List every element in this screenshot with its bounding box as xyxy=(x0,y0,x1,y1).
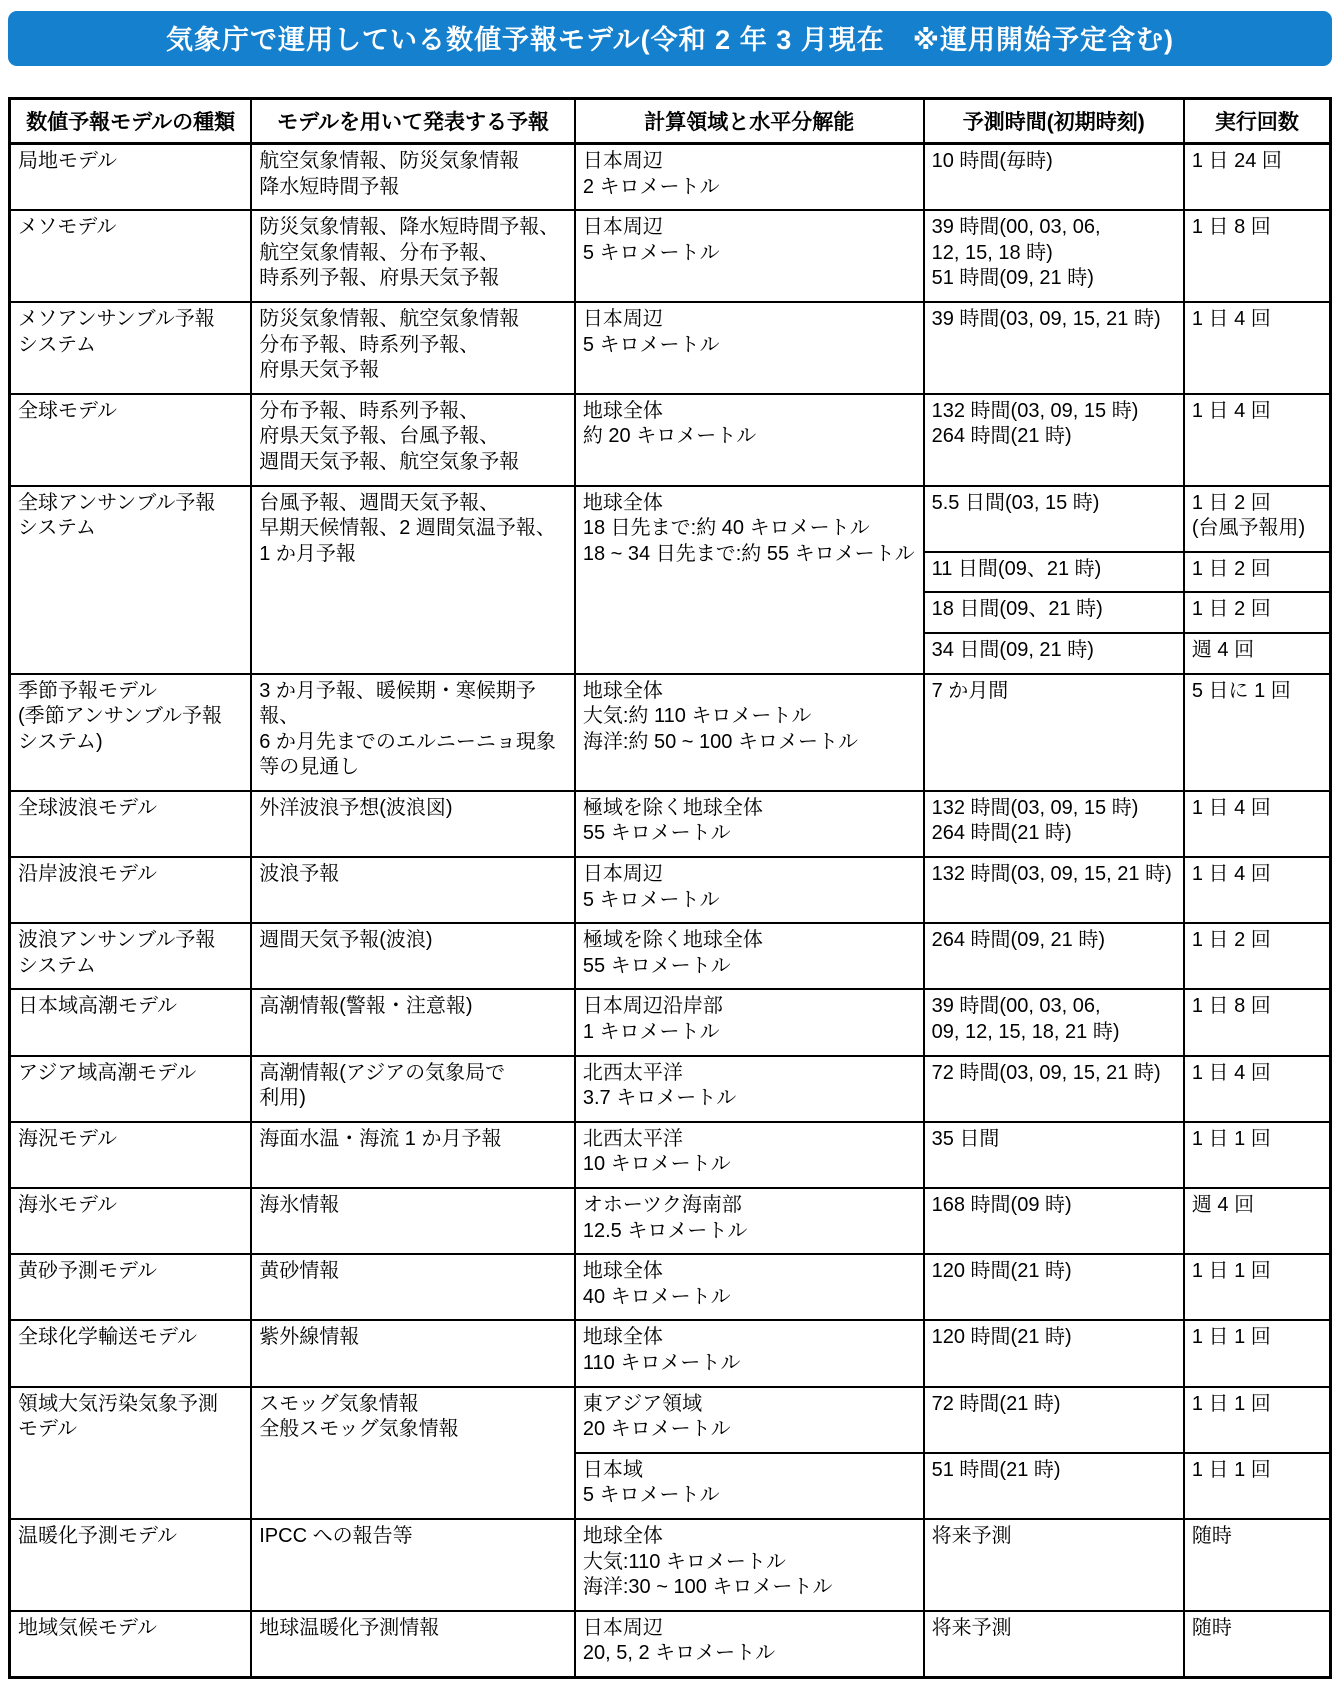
table-cell: オホーツク海南部 12.5 キロメートル xyxy=(575,1188,924,1254)
table-cell: 週間天気予報(波浪) xyxy=(251,923,575,989)
table-row: 全球アンサンブル予報 システム台風予報、週間天気予報、 早期天候情報、2 週間気… xyxy=(10,486,1331,552)
table-cell: 極域を除く地球全体 55 キロメートル xyxy=(575,923,924,989)
table-cell: 1 日 4 回 xyxy=(1184,857,1331,923)
table-cell: 将来予測 xyxy=(924,1611,1184,1678)
table-cell: 11 日間(09、21 時) xyxy=(924,552,1184,593)
table-cell: 日本周辺 5 キロメートル xyxy=(575,210,924,302)
table-row: 全球化学輸送モデル紫外線情報地球全体 110 キロメートル120 時間(21 時… xyxy=(10,1320,1331,1386)
table-cell: 紫外線情報 xyxy=(251,1320,575,1386)
table-cell: 随時 xyxy=(1184,1519,1331,1611)
table-cell: 黄砂情報 xyxy=(251,1254,575,1320)
table-cell: 海氷モデル xyxy=(10,1188,252,1254)
table-cell: 35 日間 xyxy=(924,1122,1184,1188)
table-cell: 1 日 1 回 xyxy=(1184,1320,1331,1386)
table-cell: 随時 xyxy=(1184,1611,1331,1678)
table-cell: 将来予測 xyxy=(924,1519,1184,1611)
table-cell: 日本周辺沿岸部 1 キロメートル xyxy=(575,989,924,1055)
table-cell: 日本域 5 キロメートル xyxy=(575,1453,924,1519)
table-cell: 外洋波浪予想(波浪図) xyxy=(251,791,575,857)
table-cell: スモッグ気象情報 全般スモッグ気象情報 xyxy=(251,1387,575,1519)
table-row: 地域気候モデル地球温暖化予測情報日本周辺 20, 5, 2 キロメートル将来予測… xyxy=(10,1611,1331,1678)
column-header-run-frequency: 実行回数 xyxy=(1184,99,1331,144)
table-cell: 海面水温・海流 1 か月予報 xyxy=(251,1122,575,1188)
table-cell: 北西太平洋 10 キロメートル xyxy=(575,1122,924,1188)
table-row: 全球波浪モデル外洋波浪予想(波浪図)極域を除く地球全体 55 キロメートル132… xyxy=(10,791,1331,857)
table-cell: 51 時間(21 時) xyxy=(924,1453,1184,1519)
table-cell: 1 日 1 回 xyxy=(1184,1387,1331,1453)
page-title: 気象庁で運用している数値予報モデル(令和 2 年 3 月現在 ※運用開始予定含む… xyxy=(8,11,1332,66)
table-row: 沿岸波浪モデル波浪予報日本周辺 5 キロメートル132 時間(03, 09, 1… xyxy=(10,857,1331,923)
table-cell: 日本周辺 20, 5, 2 キロメートル xyxy=(575,1611,924,1678)
page: 気象庁で運用している数値予報モデル(令和 2 年 3 月現在 ※運用開始予定含む… xyxy=(0,0,1340,1687)
table-cell: メソアンサンブル予報 システム xyxy=(10,302,252,394)
table-row: 季節予報モデル (季節アンサンブル予報 システム)3 か月予報、暖候期・寒候期予… xyxy=(10,674,1331,791)
table-cell: アジア域高潮モデル xyxy=(10,1056,252,1122)
table-row: 温暖化予測モデルIPCC への報告等地球全体 大気:110 キロメートル 海洋:… xyxy=(10,1519,1331,1611)
table-cell: 5 日に 1 回 xyxy=(1184,674,1331,791)
table-cell: 1 日 24 回 xyxy=(1184,144,1331,211)
table-cell: 航空気象情報、防災気象情報 降水短時間予報 xyxy=(251,144,575,211)
table-cell: IPCC への報告等 xyxy=(251,1519,575,1611)
table-cell: メソモデル xyxy=(10,210,252,302)
table-row: 全球モデル分布予報、時系列予報、 府県天気予報、台風予報、 週間天気予報、航空気… xyxy=(10,394,1331,486)
table-cell: 1 日 4 回 xyxy=(1184,791,1331,857)
header-row: 数値予報モデルの種類 モデルを用いて発表する予報 計算領域と水平分解能 予測時間… xyxy=(10,99,1331,144)
table-cell: 分布予報、時系列予報、 府県天気予報、台風予報、 週間天気予報、航空気象予報 xyxy=(251,394,575,486)
table-cell: 沿岸波浪モデル xyxy=(10,857,252,923)
table-cell: 132 時間(03, 09, 15 時) 264 時間(21 時) xyxy=(924,791,1184,857)
table-row: メソモデル防災気象情報、降水短時間予報、 航空気象情報、分布予報、 時系列予報、… xyxy=(10,210,1331,302)
table-cell: 日本周辺 5 キロメートル xyxy=(575,302,924,394)
table-cell: 地球温暖化予測情報 xyxy=(251,1611,575,1678)
table-cell: 海況モデル xyxy=(10,1122,252,1188)
table-cell: 波浪アンサンブル予報 システム xyxy=(10,923,252,989)
table-cell: 日本周辺 2 キロメートル xyxy=(575,144,924,211)
table-row: アジア域高潮モデル高潮情報(アジアの気象局で 利用)北西太平洋 3.7 キロメー… xyxy=(10,1056,1331,1122)
table-cell: 120 時間(21 時) xyxy=(924,1254,1184,1320)
table-cell: 領域大気汚染気象予測 モデル xyxy=(10,1387,252,1519)
column-header-model-type: 数値予報モデルの種類 xyxy=(10,99,252,144)
table-cell: 高潮情報(警報・注意報) xyxy=(251,989,575,1055)
table-cell: 1 日 2 回 xyxy=(1184,552,1331,593)
table-cell: 台風予報、週間天気予報、 早期天候情報、2 週間気温予報、 1 か月予報 xyxy=(251,486,575,674)
table-row: 波浪アンサンブル予報 システム週間天気予報(波浪)極域を除く地球全体 55 キロ… xyxy=(10,923,1331,989)
table-cell: 120 時間(21 時) xyxy=(924,1320,1184,1386)
table-row: 黄砂予測モデル黄砂情報地球全体 40 キロメートル120 時間(21 時)1 日… xyxy=(10,1254,1331,1320)
table-cell: 1 日 1 回 xyxy=(1184,1122,1331,1188)
table-cell: 39 時間(00, 03, 06, 09, 12, 15, 18, 21 時) xyxy=(924,989,1184,1055)
models-table-header: 数値予報モデルの種類 モデルを用いて発表する予報 計算領域と水平分解能 予測時間… xyxy=(10,99,1331,144)
table-cell: 全球アンサンブル予報 システム xyxy=(10,486,252,674)
table-cell: 地球全体 110 キロメートル xyxy=(575,1320,924,1386)
table-cell: 海氷情報 xyxy=(251,1188,575,1254)
table-cell: 地球全体 40 キロメートル xyxy=(575,1254,924,1320)
table-cell: 1 日 2 回 xyxy=(1184,923,1331,989)
table-cell: 1 日 8 回 xyxy=(1184,989,1331,1055)
table-cell: 168 時間(09 時) xyxy=(924,1188,1184,1254)
table-row: 局地モデル航空気象情報、防災気象情報 降水短時間予報日本周辺 2 キロメートル1… xyxy=(10,144,1331,211)
table-cell: 39 時間(00, 03, 06, 12, 15, 18 時) 51 時間(09… xyxy=(924,210,1184,302)
table-cell: 防災気象情報、降水短時間予報、 航空気象情報、分布予報、 時系列予報、府県天気予… xyxy=(251,210,575,302)
table-cell: 全球波浪モデル xyxy=(10,791,252,857)
table-row: メソアンサンブル予報 システム防災気象情報、航空気象情報 分布予報、時系列予報、… xyxy=(10,302,1331,394)
column-header-forecasts: モデルを用いて発表する予報 xyxy=(251,99,575,144)
table-cell: 地球全体 18 日先まで:約 40 キロメートル 18 ~ 34 日先まで:約 … xyxy=(575,486,924,674)
table-cell: 北西太平洋 3.7 キロメートル xyxy=(575,1056,924,1122)
table-cell: 地球全体 大気:110 キロメートル 海洋:30 ~ 100 キロメートル xyxy=(575,1519,924,1611)
table-cell: 1 日 1 回 xyxy=(1184,1453,1331,1519)
table-cell: 局地モデル xyxy=(10,144,252,211)
table-cell: 72 時間(03, 09, 15, 21 時) xyxy=(924,1056,1184,1122)
table-cell: 極域を除く地球全体 55 キロメートル xyxy=(575,791,924,857)
table-cell: 1 日 4 回 xyxy=(1184,1056,1331,1122)
table-cell: 高潮情報(アジアの気象局で 利用) xyxy=(251,1056,575,1122)
table-cell: 地球全体 大気:約 110 キロメートル 海洋:約 50 ~ 100 キロメート… xyxy=(575,674,924,791)
models-table-body: 局地モデル航空気象情報、防災気象情報 降水短時間予報日本周辺 2 キロメートル1… xyxy=(10,144,1331,1678)
table-cell: 1 日 1 回 xyxy=(1184,1254,1331,1320)
table-cell: 18 日間(09、21 時) xyxy=(924,592,1184,633)
table-cell: 7 か月間 xyxy=(924,674,1184,791)
table-cell: 日本域高潮モデル xyxy=(10,989,252,1055)
table-cell: 1 日 2 回 (台風予報用) xyxy=(1184,486,1331,552)
table-row: 海氷モデル海氷情報オホーツク海南部 12.5 キロメートル168 時間(09 時… xyxy=(10,1188,1331,1254)
table-cell: 防災気象情報、航空気象情報 分布予報、時系列予報、 府県天気予報 xyxy=(251,302,575,394)
column-header-forecast-time: 予測時間(初期時刻) xyxy=(924,99,1184,144)
table-cell: 264 時間(09, 21 時) xyxy=(924,923,1184,989)
table-cell: 10 時間(毎時) xyxy=(924,144,1184,211)
table-cell: 季節予報モデル (季節アンサンブル予報 システム) xyxy=(10,674,252,791)
table-row: 海況モデル海面水温・海流 1 か月予報北西太平洋 10 キロメートル35 日間1… xyxy=(10,1122,1331,1188)
table-cell: 全球化学輸送モデル xyxy=(10,1320,252,1386)
column-header-domain-resolution: 計算領域と水平分解能 xyxy=(575,99,924,144)
table-cell: 全球モデル xyxy=(10,394,252,486)
table-cell: 1 日 8 回 xyxy=(1184,210,1331,302)
table-cell: 34 日間(09, 21 時) xyxy=(924,633,1184,674)
table-cell: 週 4 回 xyxy=(1184,633,1331,674)
table-row: 日本域高潮モデル高潮情報(警報・注意報)日本周辺沿岸部 1 キロメートル39 時… xyxy=(10,989,1331,1055)
table-row: 領域大気汚染気象予測 モデルスモッグ気象情報 全般スモッグ気象情報東アジア領域 … xyxy=(10,1387,1331,1453)
models-table: 数値予報モデルの種類 モデルを用いて発表する予報 計算領域と水平分解能 予測時間… xyxy=(8,97,1332,1679)
table-cell: 温暖化予測モデル xyxy=(10,1519,252,1611)
table-cell: 1 日 4 回 xyxy=(1184,302,1331,394)
table-cell: 黄砂予測モデル xyxy=(10,1254,252,1320)
table-cell: 72 時間(21 時) xyxy=(924,1387,1184,1453)
table-cell: 39 時間(03, 09, 15, 21 時) xyxy=(924,302,1184,394)
table-cell: 1 日 4 回 xyxy=(1184,394,1331,486)
table-cell: 日本周辺 5 キロメートル xyxy=(575,857,924,923)
table-cell: 週 4 回 xyxy=(1184,1188,1331,1254)
table-cell: 132 時間(03, 09, 15, 21 時) xyxy=(924,857,1184,923)
table-cell: 波浪予報 xyxy=(251,857,575,923)
table-cell: 5.5 日間(03, 15 時) xyxy=(924,486,1184,552)
table-cell: 地域気候モデル xyxy=(10,1611,252,1678)
table-cell: 132 時間(03, 09, 15 時) 264 時間(21 時) xyxy=(924,394,1184,486)
table-cell: 地球全体 約 20 キロメートル xyxy=(575,394,924,486)
table-cell: 東アジア領域 20 キロメートル xyxy=(575,1387,924,1453)
table-cell: 3 か月予報、暖候期・寒候期予報、 6 か月先までのエルニーニョ現象等の見通し xyxy=(251,674,575,791)
table-cell: 1 日 2 回 xyxy=(1184,592,1331,633)
